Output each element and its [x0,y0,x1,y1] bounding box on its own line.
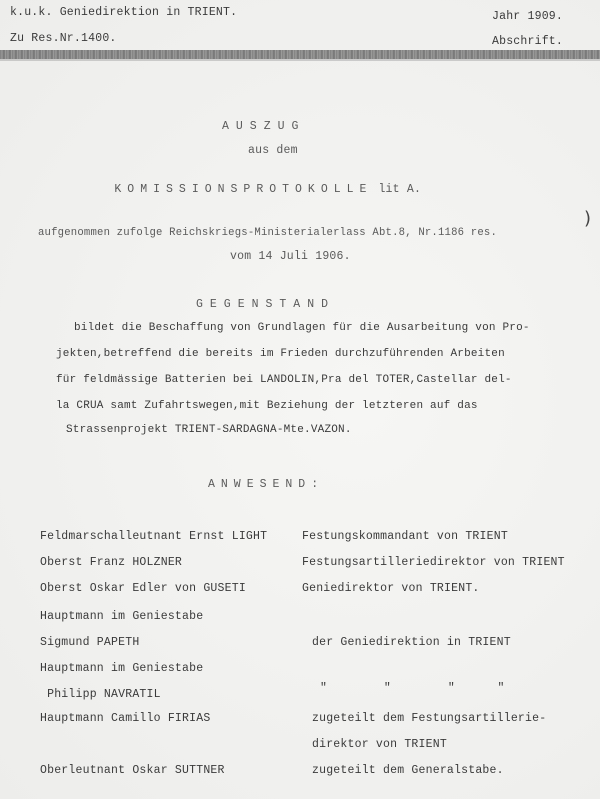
title-protocol-suffix: lit A. [378,183,421,196]
subject-heading: GEGENSTAND [196,298,335,311]
basis-line: aufgenommen zufolge Reichskriegs-Ministe… [38,227,497,239]
subject-line: Strassenprojekt TRIENT-SARDAGNA-Mte.VAZO… [66,424,352,436]
subject-line: bildet die Beschaffung von Grundlagen fü… [74,322,530,334]
attendee-name: Oberst Franz HOLZNER [40,556,182,569]
subject-line: la CRUA samt Zufahrtswegen,mit Beziehung… [56,400,478,412]
header-reference: Zu Res.Nr.1400. [10,32,117,45]
date-line: vom 14 Juli 1906. [230,250,351,263]
attendee-name: Philipp NAVRATIL [40,688,161,701]
title-heading: AUSZUG [222,120,305,133]
attendee-name: Feldmarschalleutnant Ernst LIGHT [40,530,267,543]
subject-line: jekten,betreffend die bereits im Frieden… [56,348,505,360]
subject-line: für feldmässige Batterien bei LANDOLIN,P… [56,374,512,386]
margin-bracket-mark: ) [584,208,591,229]
attendee-role: zugeteilt dem Festungsartillerie- [312,712,546,725]
header-year: Jahr 1909. [492,10,563,23]
attendee-name: Oberst Oskar Edler von GUSETI [40,582,246,595]
header-divider [0,50,600,59]
document-page: k.u.k. Geniedirektion in TRIENT. Zu Res.… [0,0,600,799]
attendee-name: Hauptmann im Geniestabe [40,610,203,623]
ditto-marks: " " " " [320,682,505,695]
attendees-heading: ANWESEND: [208,478,324,491]
attendee-role: direktor von TRIENT [312,738,447,751]
attendee-role: Festungskommandant von TRIENT [302,530,508,543]
attendee-name: Oberleutnant Oskar SUTTNER [40,764,225,777]
attendee-role: Geniedirektor von TRIENT. [302,582,480,595]
attendee-name: Hauptmann im Geniestabe [40,662,203,675]
attendee-name: Sigmund PAPETH [40,636,139,649]
title-protocol-line: KOMISSIONSPROTOKOLLElit A. [86,170,421,209]
attendee-role: der Geniedirektion in TRIENT [312,636,511,649]
header-divider-shadow [0,59,600,61]
attendee-role: zugeteilt dem Generalstabe. [312,764,504,777]
attendee-role: Festungsartilleriedirektor von TRIENT [302,556,565,569]
title-protocol: KOMISSIONSPROTOKOLLE [114,183,372,196]
header-office: k.u.k. Geniedirektion in TRIENT. [10,6,237,19]
header-copy-label: Abschrift. [492,35,563,48]
title-subheading: aus dem [248,144,298,157]
attendee-name: Hauptmann Camillo FIRIAS [40,712,210,725]
